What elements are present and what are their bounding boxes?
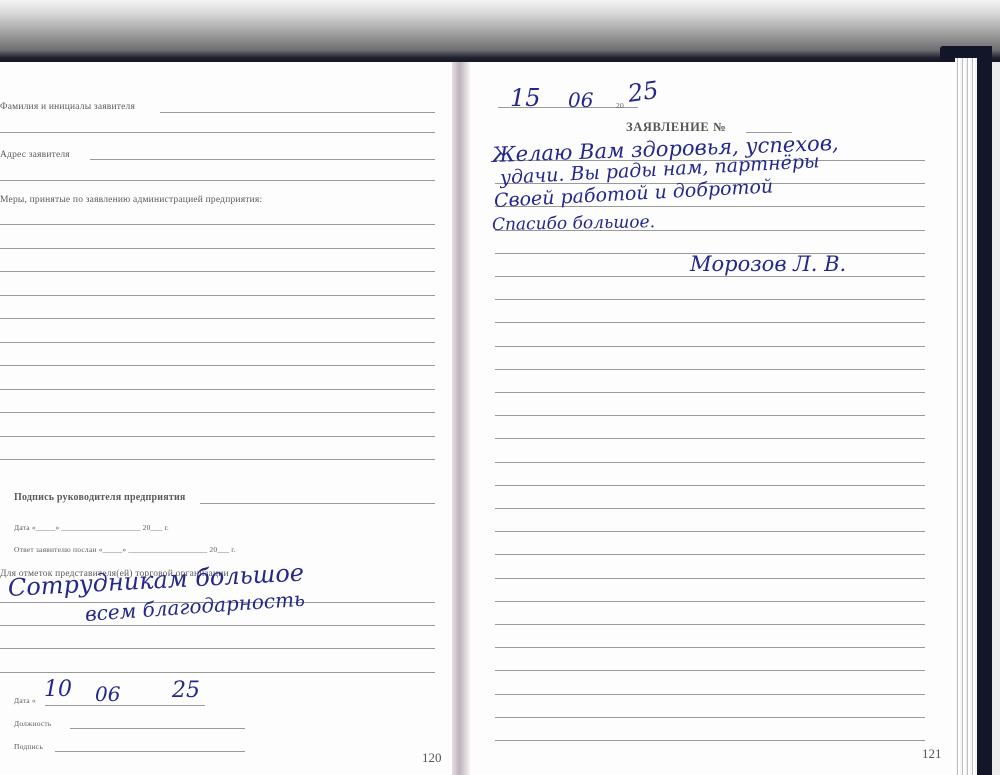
ruled-line [0,248,435,249]
position-line [70,728,245,729]
ruled-line [495,601,925,602]
ruled-line [495,438,925,439]
ruled-line [495,670,925,671]
date-line: Дата «_____» ____________________ 20___ … [14,523,169,532]
ruled-line [495,531,925,532]
ruled-line [0,318,435,319]
sign-date-label: Дата « [14,696,36,705]
applicant-name-label: Фамилия и инициалы заявителя [0,102,135,112]
ruled-line [495,717,925,718]
ruled-line [0,412,435,413]
applicant-name-line-2 [0,132,435,133]
ruled-line [495,647,925,648]
left-page: Фамилия и инициалы заявителя Адрес заяви… [0,62,452,775]
ruled-line [0,365,435,366]
page-number-right: 121 [922,746,942,762]
ruled-line [495,554,925,555]
book-spine [452,62,470,775]
applicant-address-line-2 [0,180,435,181]
applicant-signature: Морозов Л. В. [690,252,846,276]
ruled-line [495,322,925,323]
ruled-line [495,624,925,625]
page-stack-edges [955,58,977,775]
ruled-line [495,276,925,277]
statement-title: ЗАЯВЛЕНИЕ № [626,120,726,135]
ruled-line [495,369,925,370]
ruled-line [0,271,435,272]
trade-rep-line-4 [0,672,435,673]
ruled-line [495,694,925,695]
ruled-line [495,578,925,579]
ruled-line [495,462,925,463]
sign-date-day: 10 [44,677,72,702]
ruled-line [495,485,925,486]
ruled-line [0,342,435,343]
ruled-line [0,389,435,390]
sign-date-month: 06 [95,682,120,706]
ruled-line [495,508,925,509]
applicant-address-line [90,159,435,160]
page-number-left: 120 [422,750,442,766]
ruled-line [0,224,435,225]
statement-date-day: 15 [510,84,541,112]
manager-signature-line [200,503,435,504]
manager-signature-label: Подпись руководителя предприятия [14,492,186,503]
sign-date-year: 25 [172,678,200,703]
position-label: Должность [14,719,51,728]
statement-date-year: 25 [626,76,660,108]
statement-date-year-prefix: 20 [616,101,624,110]
statement-date-month: 06 [568,88,593,112]
trade-rep-line-2 [0,625,435,626]
ruled-line [495,346,925,347]
signature-line [55,751,245,752]
ruled-line [0,295,435,296]
book-top-shadow [0,0,1000,62]
sign-date-line [45,705,205,706]
statement-line-4: Спасибо большое. [492,212,655,235]
measures-label: Меры, принятые по заявлению администраци… [0,195,262,205]
ruled-line [0,459,435,460]
ruled-line [495,392,925,393]
applicant-address-label: Адрес заявителя [0,150,70,160]
trade-rep-line-3 [0,648,435,649]
ruled-line [495,299,925,300]
reply-sent-line: Ответ заявителю послан «_____» _________… [14,545,236,554]
signature-label: Подпись [14,742,43,751]
applicant-name-line [160,112,435,113]
ruled-line [495,415,925,416]
ruled-line [0,436,435,437]
ruled-line [495,740,925,741]
